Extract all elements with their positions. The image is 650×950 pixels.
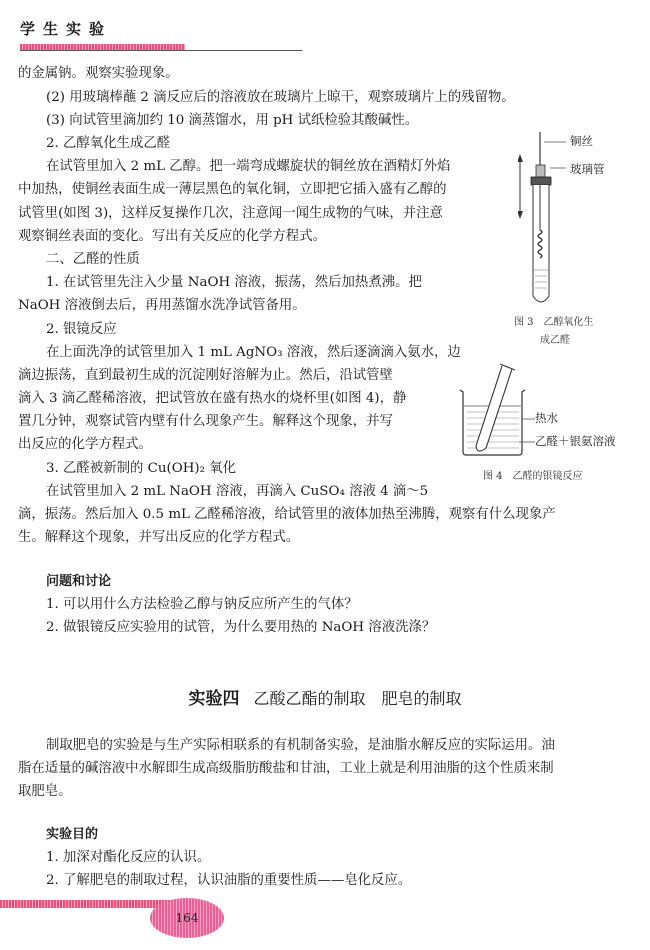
discussion-item: 1. 可以用什么方法检验乙醇与钠反应所产生的气体？ <box>46 593 358 617</box>
text-line: 1. 在试管里先注入少量 NaOH 溶液，振荡，然后加热煮沸。把 <box>46 271 422 295</box>
text-line: 生。解释这个现象，并写出反应的化学方程式。 <box>18 526 299 550</box>
figure-3: 铜丝 玻璃管 图 3 乙醇氧化生 成乙醛 <box>518 130 648 350</box>
experiment-4-label: 实验四 <box>188 689 239 709</box>
subheading: 二、乙醛的性质 <box>46 248 140 272</box>
subheading: 2. 银镜反应 <box>46 318 117 342</box>
text-line: 制取肥皂的实验是与生产实际相联系的有机制备实验，是油脂水解反应的实际运用。油 <box>46 734 555 758</box>
text-line: NaOH 溶液倒去后，再用蒸馏水洗净试管备用。 <box>18 294 306 318</box>
header-rule <box>20 50 302 51</box>
text-line: 滴入 3 滴乙醛稀溶液，把试管放在盛有热水的烧杯里(如图 4)，静 <box>18 387 406 411</box>
label-acetaldehyde-solution: 乙醛＋银氨溶液 <box>535 433 616 449</box>
text-line: 置几分钟，观察试管内壁有什么现象产生。解释这个现象，并写 <box>18 410 393 434</box>
purpose-item: 1. 加深对酯化反应的认识。 <box>46 846 210 870</box>
text-line: (3) 向试管里滴加约 10 滴蒸馏水，用 pH 试纸检验其酸碱性。 <box>46 109 418 133</box>
text-line: 观察铜丝表面的变化。写出有关反应的化学方程式。 <box>18 225 326 249</box>
leader-lines <box>455 362 535 457</box>
text-line: 脂在适量的碱溶液中水解即生成高级脂肪酸盐和甘油，工业上就是利用油脂的这个性质来制 <box>18 757 554 781</box>
footer-accent-bar <box>0 900 170 908</box>
text-line: 在试管里加入 2 mL 乙醇。把一端弯成螺旋状的铜丝放在酒精灯外焰 <box>46 155 450 179</box>
label-hot-water: 热水 <box>535 410 558 426</box>
subheading: 2. 乙醇氧化生成乙醛 <box>46 132 170 156</box>
label-copper-wire: 铜丝 <box>570 133 593 149</box>
text-line: 出反应的化学方程式。 <box>18 433 152 457</box>
text-line: 试管里(如图 3)，这样反复操作几次，注意闻一闻生成物的气味，并注意 <box>18 202 443 226</box>
purpose-item: 2. 了解肥皂的制取过程，认识油脂的重要性质——皂化反应。 <box>46 869 411 893</box>
text-line: 在试管里加入 2 mL NaOH 溶液，再滴入 CuSO₄ 溶液 4 滴～5 <box>46 480 428 504</box>
page-number: 164 <box>176 911 199 925</box>
discussion-item: 2. 做银镜反应实验用的试管，为什么要用热的 NaOH 溶液洗涤？ <box>46 616 435 640</box>
text-line: 滴边振荡，直到最初生成的沉淀刚好溶解为止。然后，沿试管壁 <box>18 364 393 388</box>
text-line: 的金属钠。观察实验现象。 <box>18 62 179 86</box>
figure-4-caption: 图 4 乙醛的银镜反应 <box>483 467 583 482</box>
text-line: (2) 用玻璃棒蘸 2 滴反应后的溶液放在玻璃片上晾干，观察玻璃片上的残留物。 <box>46 86 515 110</box>
figure-3-caption: 图 3 乙醇氧化生 <box>514 313 594 328</box>
test-tube-copper-wire-icon <box>518 130 648 310</box>
experiment-4-heading: 实验四乙酸乙酯的制取 肥皂的制取 <box>0 684 650 709</box>
discussion-title: 问题和讨论 <box>46 570 111 594</box>
page-number-badge: 164 <box>150 898 224 938</box>
header-title: 学生实验 <box>20 18 112 39</box>
subheading: 3. 乙醛被新制的 Cu(OH)₂ 氧化 <box>46 457 236 481</box>
text-line: 在上面洗净的试管里加入 1 mL AgNO₃ 溶液，然后逐滴滴入氨水，边 <box>46 341 461 365</box>
figure-3-caption-line2: 成乙醛 <box>540 331 570 346</box>
experiment-4-title: 乙酸乙酯的制取 肥皂的制取 <box>253 689 461 708</box>
text-line: 取肥皂。 <box>18 780 72 804</box>
text-line: 滴，振荡。然后加入 0.5 mL 乙醛稀溶液，给试管里的液体加热至沸腾，观察有什… <box>18 503 556 527</box>
figure-4: 热水 乙醛＋银氨溶液 图 4 乙醛的银镜反应 <box>455 362 645 487</box>
text-line: 中加热，使铜丝表面生成一薄层黑色的氧化铜，立即把它插入盛有乙醇的 <box>18 178 447 202</box>
purpose-title: 实验目的 <box>46 823 98 847</box>
label-glass-tube: 玻璃管 <box>570 161 605 177</box>
